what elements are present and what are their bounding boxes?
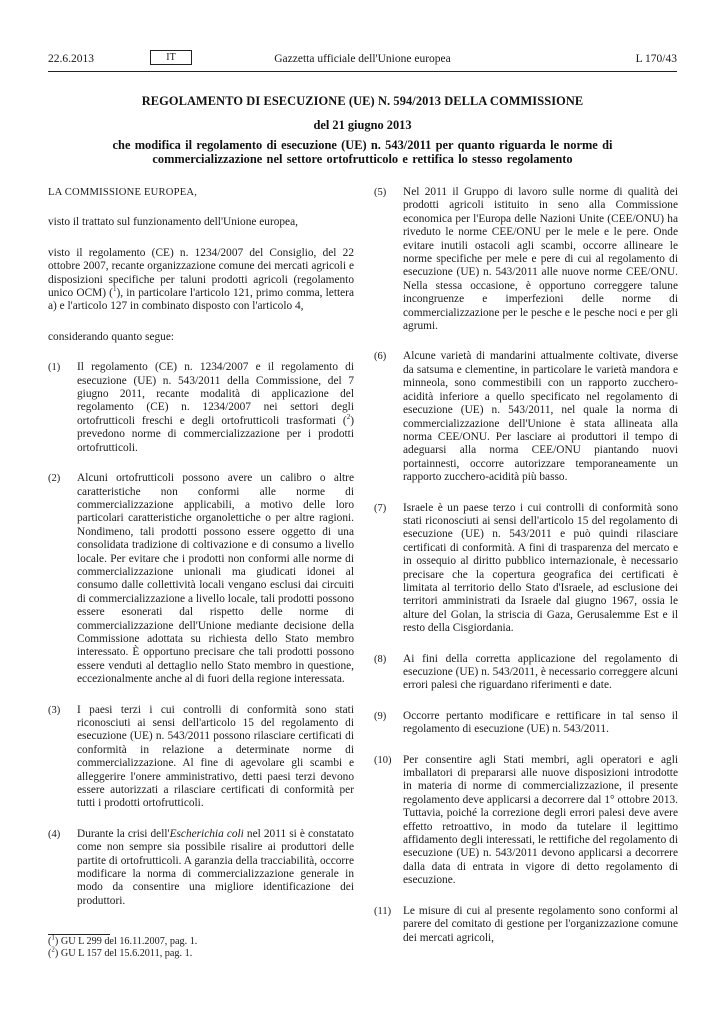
recital-text: Il regolamento (CE) n. 1234/2007 e il re… <box>77 361 354 455</box>
recital-3: (3) I paesi terzi i cui controlli di con… <box>48 704 354 811</box>
recital-text: I paesi terzi i cui controlli di conform… <box>77 704 354 811</box>
institution: LA COMMISSIONE EUROPEA, <box>48 186 354 199</box>
footnote-text: GU L 157 del 15.6.2011, pag. 1. <box>58 948 192 959</box>
recital-number: (1) <box>48 361 77 455</box>
recital-5: (5) Nel 2011 il Gruppo di lavoro sulle n… <box>374 186 678 333</box>
footnote-mark: 2 <box>51 946 55 954</box>
footnote-2: (2) GU L 157 del 15.6.2011, pag. 1. <box>48 948 197 960</box>
recital-6: (6) Alcune varietà di mandarini attualme… <box>374 350 678 484</box>
header-divider <box>48 71 677 72</box>
page-header: 22.6.2013 IT Gazzetta ufficiale dell'Uni… <box>48 50 677 68</box>
document-page: 22.6.2013 IT Gazzetta ufficiale dell'Uni… <box>0 0 725 1024</box>
page-reference: L 170/43 <box>636 53 677 65</box>
recital-text: Ai fini della corretta applicazione del … <box>403 653 678 693</box>
recital-2: (2) Alcuni ortofrutticoli possono avere … <box>48 472 354 687</box>
footnote-text: GU L 299 del 16.11.2007, pag. 1. <box>58 936 197 947</box>
footnote-1: (1) GU L 299 del 16.11.2007, pag. 1. <box>48 936 197 948</box>
recital-number: (5) <box>374 186 403 333</box>
footnote-mark: 1 <box>51 934 55 942</box>
recital-number: (8) <box>374 653 403 693</box>
recital-text: Israele è un paese terzo i cui controlli… <box>403 502 678 636</box>
considering-intro: considerando quanto segue: <box>48 331 354 344</box>
recital-number: (9) <box>374 710 403 737</box>
left-column: LA COMMISSIONE EUROPEA, visto il trattat… <box>48 186 354 925</box>
footnote-divider <box>48 934 110 935</box>
recital-number: (6) <box>374 350 403 484</box>
recital-text: Occorre pertanto modificare e rettificar… <box>403 710 678 737</box>
right-column: (5) Nel 2011 il Gruppo di lavoro sulle n… <box>374 186 678 962</box>
recital-number: (4) <box>48 828 77 908</box>
recital-number: (3) <box>48 704 77 811</box>
recital-text-part: Il regolamento (CE) n. 1234/2007 e il re… <box>77 361 354 427</box>
recital-text: Nel 2011 il Gruppo di lavoro sulle norme… <box>403 186 678 333</box>
species-name: Escherichia coli <box>170 828 244 840</box>
citation-treaty: visto il trattato sul funzionamento dell… <box>48 216 354 229</box>
recital-7: (7) Israele è un paese terzo i cui contr… <box>374 502 678 636</box>
recital-4: (4) Durante la crisi dell'Escherichia co… <box>48 828 354 908</box>
citation-regulation: visto il regolamento (CE) n. 1234/2007 d… <box>48 247 354 314</box>
regulation-subject-line-1: che modifica il regolamento di esecuzion… <box>48 138 677 152</box>
regulation-title: REGOLAMENTO DI ESECUZIONE (UE) N. 594/20… <box>48 94 677 109</box>
recital-10: (10) Per consentire agli Stati membri, a… <box>374 754 678 888</box>
recital-number: (10) <box>374 754 403 888</box>
regulation-subject: che modifica il regolamento di esecuzion… <box>48 138 677 166</box>
recital-text: Per consentire agli Stati membri, agli o… <box>403 754 678 888</box>
recital-number: (2) <box>48 472 77 687</box>
recital-8: (8) Ai fini della corretta applicazione … <box>374 653 678 693</box>
recital-9: (9) Occorre pertanto modificare e rettif… <box>374 710 678 737</box>
recital-text: Alcuni ortofrutticoli possono avere un c… <box>77 472 354 687</box>
recital-11: (11) Le misure di cui al presente regola… <box>374 905 678 945</box>
footnotes: (1) GU L 299 del 16.11.2007, pag. 1. (2)… <box>48 936 197 961</box>
recital-1: (1) Il regolamento (CE) n. 1234/2007 e i… <box>48 361 354 455</box>
recital-text-part: Durante la crisi dell' <box>77 828 170 840</box>
recital-number: (11) <box>374 905 403 945</box>
regulation-date: del 21 giugno 2013 <box>48 118 677 133</box>
recital-text: Alcune varietà di mandarini attualmente … <box>403 350 678 484</box>
recital-number: (7) <box>374 502 403 636</box>
journal-title: Gazzetta ufficiale dell'Unione europea <box>48 53 677 65</box>
recital-text: Le misure di cui al presente regolamento… <box>403 905 678 945</box>
recital-text: Durante la crisi dell'Escherichia coli n… <box>77 828 354 908</box>
regulation-subject-line-2: commercializzazione nel settore ortofrut… <box>48 152 677 166</box>
